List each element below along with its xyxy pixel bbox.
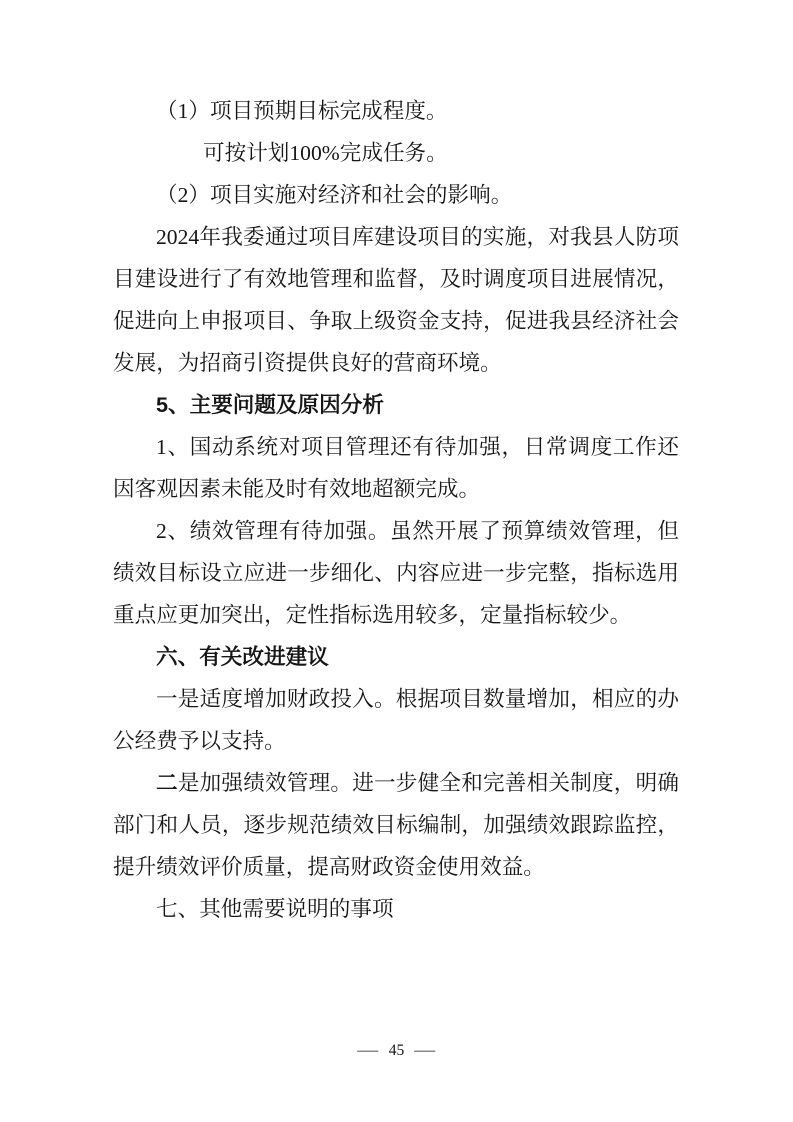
suggestion-item-2: 二是加强绩效管理。进一步健全和完善相关制度，明确部门和人员，逐步规范绩效目标编制… (113, 762, 679, 888)
list-item-1: （1）项目预期目标完成程度。 (113, 90, 679, 132)
document-page: （1）项目预期目标完成程度。 可按计划100%完成任务。 （2）项目实施对经济和… (0, 0, 793, 1122)
answer-line: 可按计划100%完成任务。 (113, 132, 679, 174)
suggestion-item-1: 一是适度增加财政投入。根据项目数量增加，相应的办公经费予以支持。 (113, 678, 679, 762)
page-footer: — 45 — (0, 1038, 793, 1064)
problem-item-2: 2、绩效管理有待加强。虽然开展了预算绩效管理，但绩效目标设立应进一步细化、内容应… (113, 510, 679, 636)
page-number: 45 (389, 1042, 405, 1060)
document-body: （1）项目预期目标完成程度。 可按计划100%完成任务。 （2）项目实施对经济和… (113, 90, 679, 930)
list-item-2: （2）项目实施对经济和社会的影响。 (113, 174, 679, 216)
footer-right-dash: — (415, 1042, 436, 1060)
problem-item-1: 1、国动系统对项目管理还有待加强，日常调度工作还因客观因素未能及时有效地超额完成… (113, 426, 679, 510)
section-heading-7-other: 七、其他需要说明的事项 (113, 888, 679, 930)
suggestion-item-2-text: 是加强绩效管理。进一步健全和完善相关制度，明确部门和人员，逐步规范绩效目标编制，… (113, 771, 679, 879)
body-paragraph-implementation: 2024年我委通过项目库建设项目的实施，对我县人防项目建设进行了有效地管理和监督… (113, 216, 679, 384)
footer-left-dash: — (358, 1042, 379, 1060)
section-heading-6-suggestions: 六、有关改进建议 (113, 636, 679, 678)
suggestion-item-2-lead: 二 (156, 770, 178, 795)
section-heading-5-problems: 5、主要问题及原因分析 (113, 384, 679, 426)
